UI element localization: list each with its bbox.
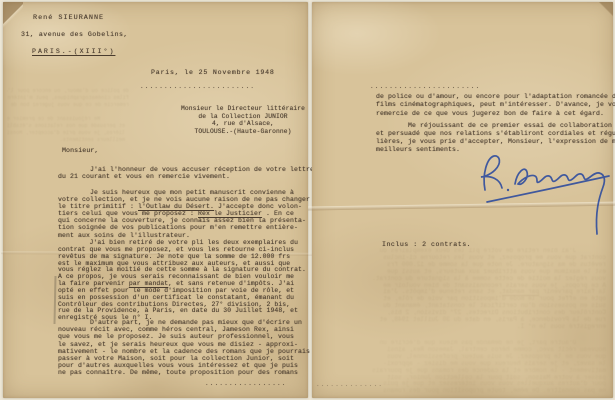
sender-street: 31, avenue des Gobelins, <box>21 31 128 38</box>
page-corner-shadow <box>599 2 613 22</box>
sender-city: PARIS.-(XIII°) <box>32 48 115 55</box>
faint-continuation-dots: .............. <box>316 381 383 388</box>
paragraph-4: D'autre part, je ne demande pas mieux qu… <box>58 319 310 377</box>
paragraph-5: de police ou d'amour, ou encore pour l'a… <box>376 93 615 118</box>
salutation: Monsieur, <box>62 147 99 154</box>
scanned-letter-1948: { "colors": { "paper": "#d8c39a", "ink":… <box>0 0 615 400</box>
margin-pencil-mark <box>53 276 56 324</box>
handwritten-signature <box>469 146 615 238</box>
dateline: Paris, le 25 Novembre 1948 <box>151 69 275 76</box>
paragraph-2: Je suis heureux que mon petit manuscrit … <box>58 189 310 239</box>
ink-bleed-through: de police ou d'amour, ou encore pour l'a… <box>7 88 129 114</box>
paragraph-1: J'ai l'honneur de vous accuser réception… <box>58 166 310 180</box>
continuation-dots: ....................... <box>370 83 480 90</box>
recipient-address-block: Monsieur le Directeur littérairede la Co… <box>178 105 308 136</box>
folded-corner <box>3 2 23 29</box>
sender-name: René SIEURANNE <box>33 14 104 22</box>
ink-bleed-through: J'ai bien retiré de votre pli les deux e… <box>320 248 606 332</box>
letter-page-1: de police ou d'amour, ou encore pour l'a… <box>3 2 308 398</box>
paragraph-3: J'ai bien retiré de votre pli les deux e… <box>58 240 310 322</box>
continuation-dots: ................. <box>205 380 287 387</box>
ink-bleed-through: Me réjouissant de ce premier essai de co… <box>7 116 125 142</box>
letter-page-2: J'ai bien retiré de votre pli les deux e… <box>312 2 613 398</box>
dotted-rule: ........................ <box>140 83 255 90</box>
enclosure-note: Inclus : 2 contrats. <box>382 241 471 248</box>
